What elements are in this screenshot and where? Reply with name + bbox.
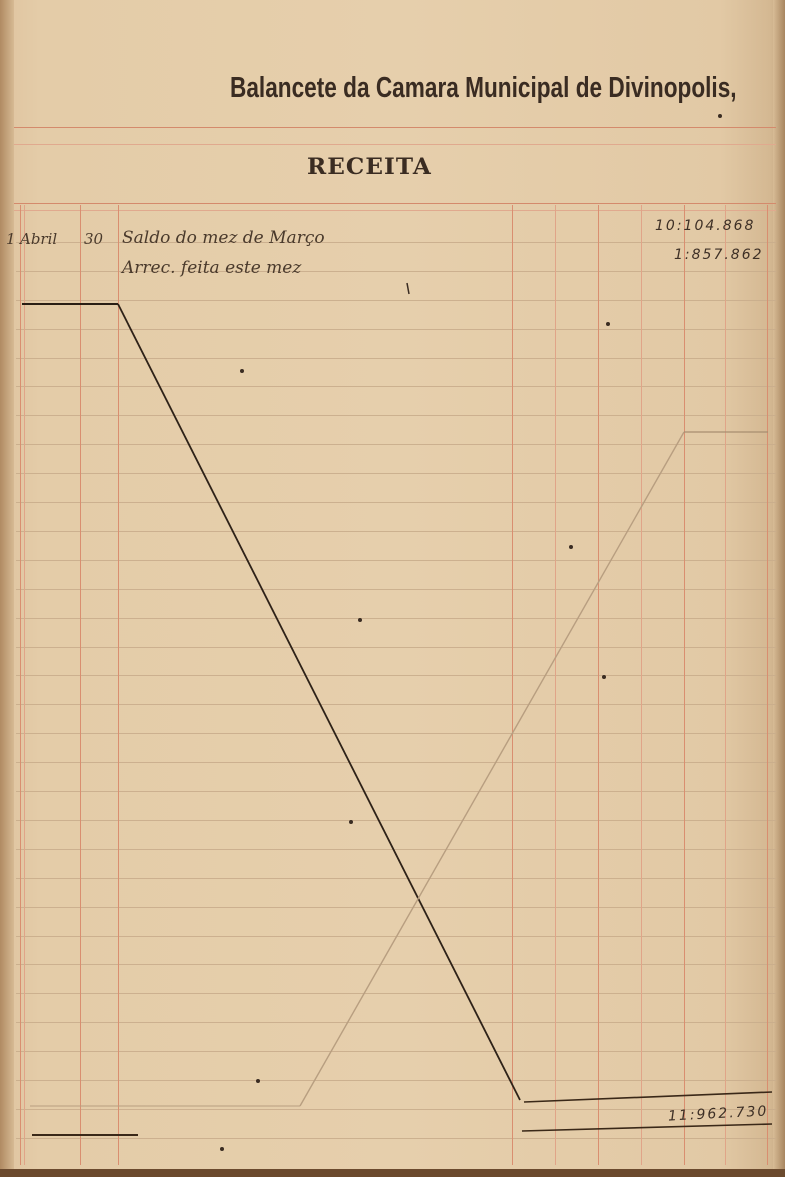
ledger-page: Balancete da Camara Municipal de Divinop…	[0, 0, 785, 1177]
cancel-lines	[0, 0, 785, 1177]
page-bottom-edge	[0, 1169, 785, 1177]
